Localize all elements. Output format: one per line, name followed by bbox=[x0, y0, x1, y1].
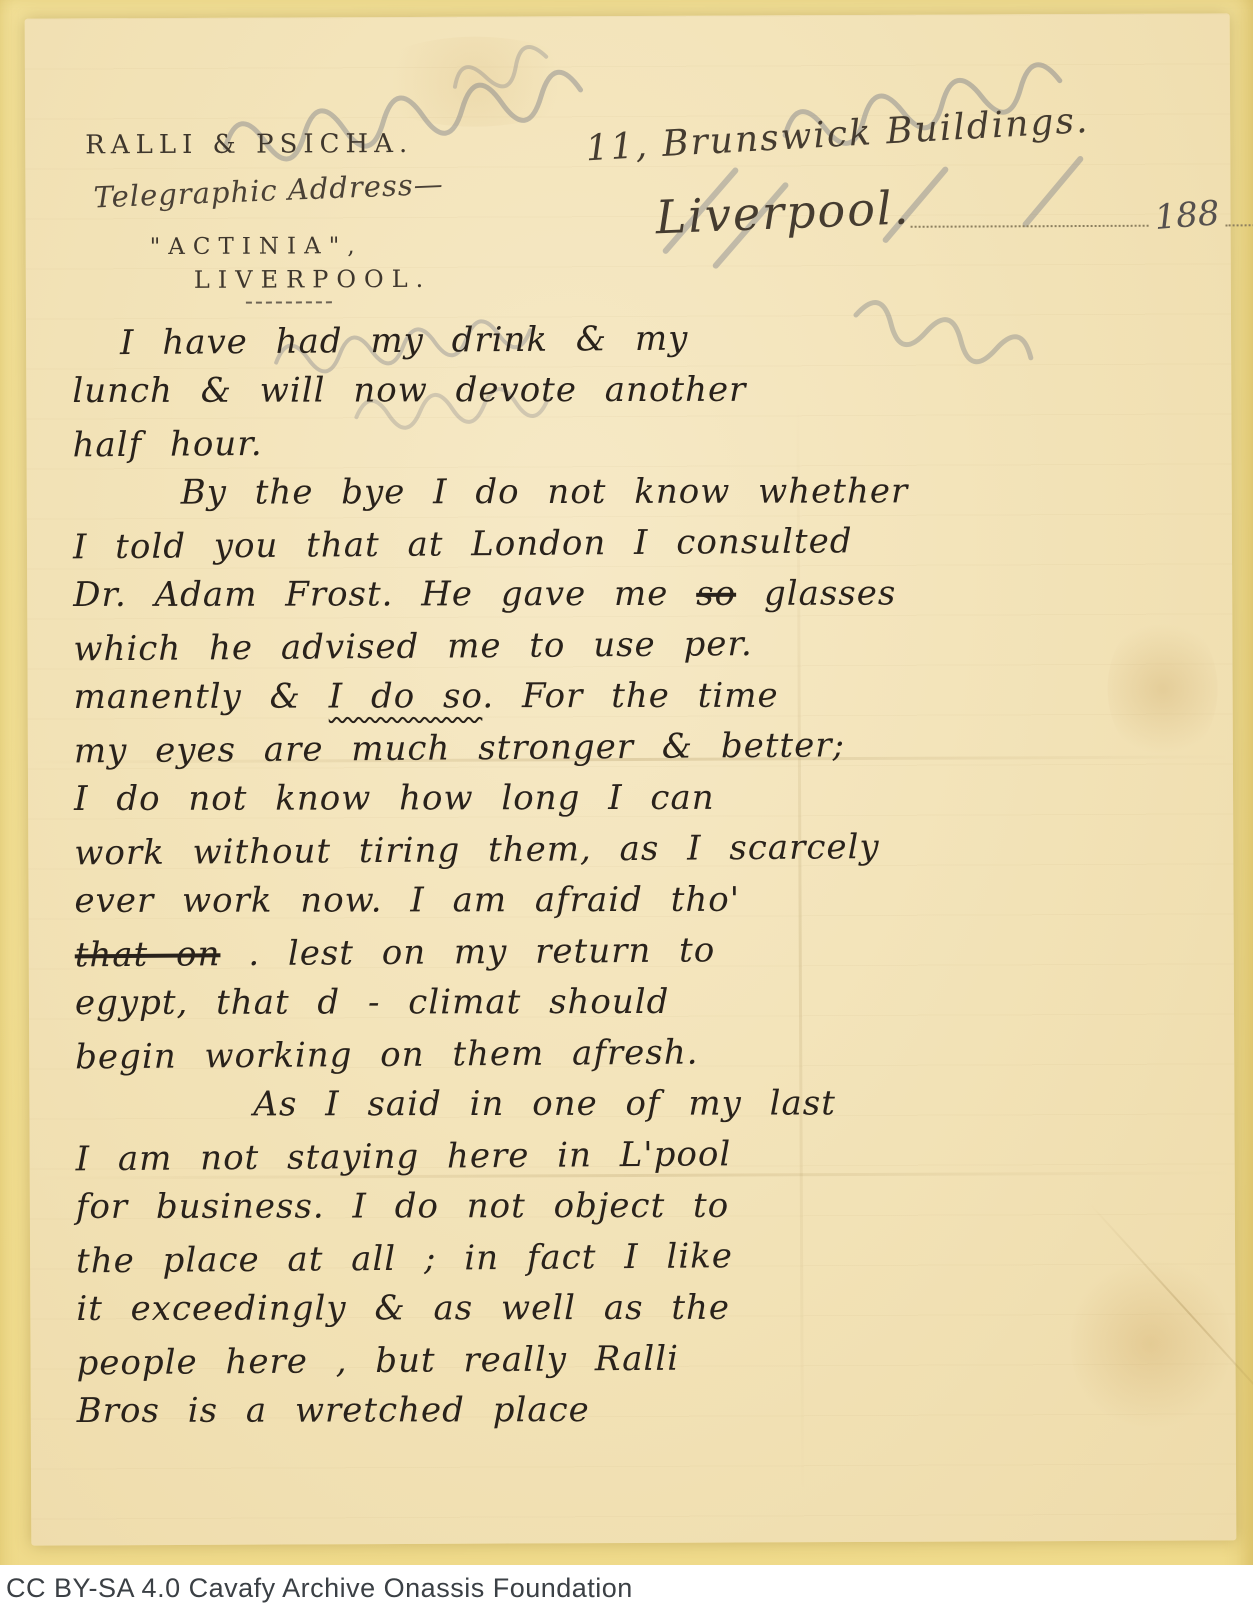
scanned-letter-page: RALLI & PSICHA. Telegraphic Address— "AC… bbox=[0, 0, 1253, 1611]
letterhead-underline bbox=[246, 301, 332, 303]
letter-line: I told you that at London I consulted bbox=[73, 522, 1193, 565]
letterhead-address: 11, Brunswick Buildings. bbox=[585, 93, 1206, 169]
letterhead-dateline: Liverpool. 188 bbox=[655, 183, 1253, 240]
letter-line: egypt, that d - climat should bbox=[75, 984, 1195, 1020]
letterhead-telegraphic-name: "ACTINIA", bbox=[150, 233, 363, 260]
letterhead-year-prefix: 188 bbox=[1147, 193, 1227, 239]
letter-line: that on . lest on my return to bbox=[75, 930, 1195, 973]
letter-line: manently & I do so. For the time bbox=[74, 678, 1194, 714]
letterhead-telegraphic-label: Telegraphic Address— bbox=[93, 167, 444, 215]
letter-line: half hour. bbox=[72, 420, 1192, 463]
credit-text: CC BY-SA 4.0 Cavafy Archive Onassis Foun… bbox=[0, 1573, 633, 1604]
letter-line: I do not know how long I can bbox=[74, 780, 1194, 816]
dateline-rule bbox=[910, 185, 1148, 228]
letter-line: As I said in one of my last bbox=[253, 1086, 1195, 1122]
letter-line: I have had my drink & my bbox=[120, 318, 1192, 360]
letter-line: it exceedingly & as well as the bbox=[76, 1290, 1196, 1326]
letter-line: for business. I do not object to bbox=[76, 1188, 1196, 1224]
letterhead-place: Liverpool. bbox=[655, 180, 912, 244]
underlined-phrase: I do so bbox=[329, 676, 483, 716]
credit-bar: CC BY-SA 4.0 Cavafy Archive Onassis Foun… bbox=[0, 1565, 1253, 1611]
letter-line: lunch & will now devote another bbox=[72, 372, 1192, 408]
struck-word: that on bbox=[75, 934, 221, 975]
letter-line: which he advised me to use per. bbox=[73, 624, 1193, 667]
letter-line: the place at all ; in fact I like bbox=[76, 1236, 1196, 1279]
letter-line: work without tiring them, as I scarcely bbox=[74, 828, 1194, 871]
letter-line: Bros is a wretched place bbox=[77, 1392, 1197, 1428]
letter-line: people here , but really Ralli bbox=[76, 1338, 1196, 1381]
letterhead-right: 11, Brunswick Buildings. Liverpool. 188 bbox=[585, 109, 1205, 153]
letter-line: begin working on them afresh. bbox=[75, 1032, 1195, 1075]
letterhead-left: RALLI & PSICHA. Telegraphic Address— "AC… bbox=[85, 129, 413, 160]
letterhead-telegraphic-city: LIVERPOOL. bbox=[194, 265, 432, 294]
letterhead-company-name: RALLI & PSICHA. bbox=[85, 129, 413, 160]
letter-line: I am not staying here in L'pool bbox=[76, 1134, 1196, 1177]
letter-paper: RALLI & PSICHA. Telegraphic Address— "AC… bbox=[25, 13, 1237, 1545]
dateline-rule bbox=[1225, 184, 1253, 226]
paper-stain bbox=[365, 36, 585, 127]
letter-line: my eyes are much stronger & better; bbox=[74, 726, 1194, 769]
letter-body: I have had my drink & my lunch & will no… bbox=[72, 320, 1197, 1447]
letter-line: By the bye I do not know whether bbox=[181, 474, 1193, 510]
struck-word: so bbox=[696, 574, 736, 614]
letter-line: Dr. Adam Frost. He gave me so glasses bbox=[73, 576, 1193, 612]
letter-line: ever work now. I am afraid tho' bbox=[74, 882, 1194, 918]
